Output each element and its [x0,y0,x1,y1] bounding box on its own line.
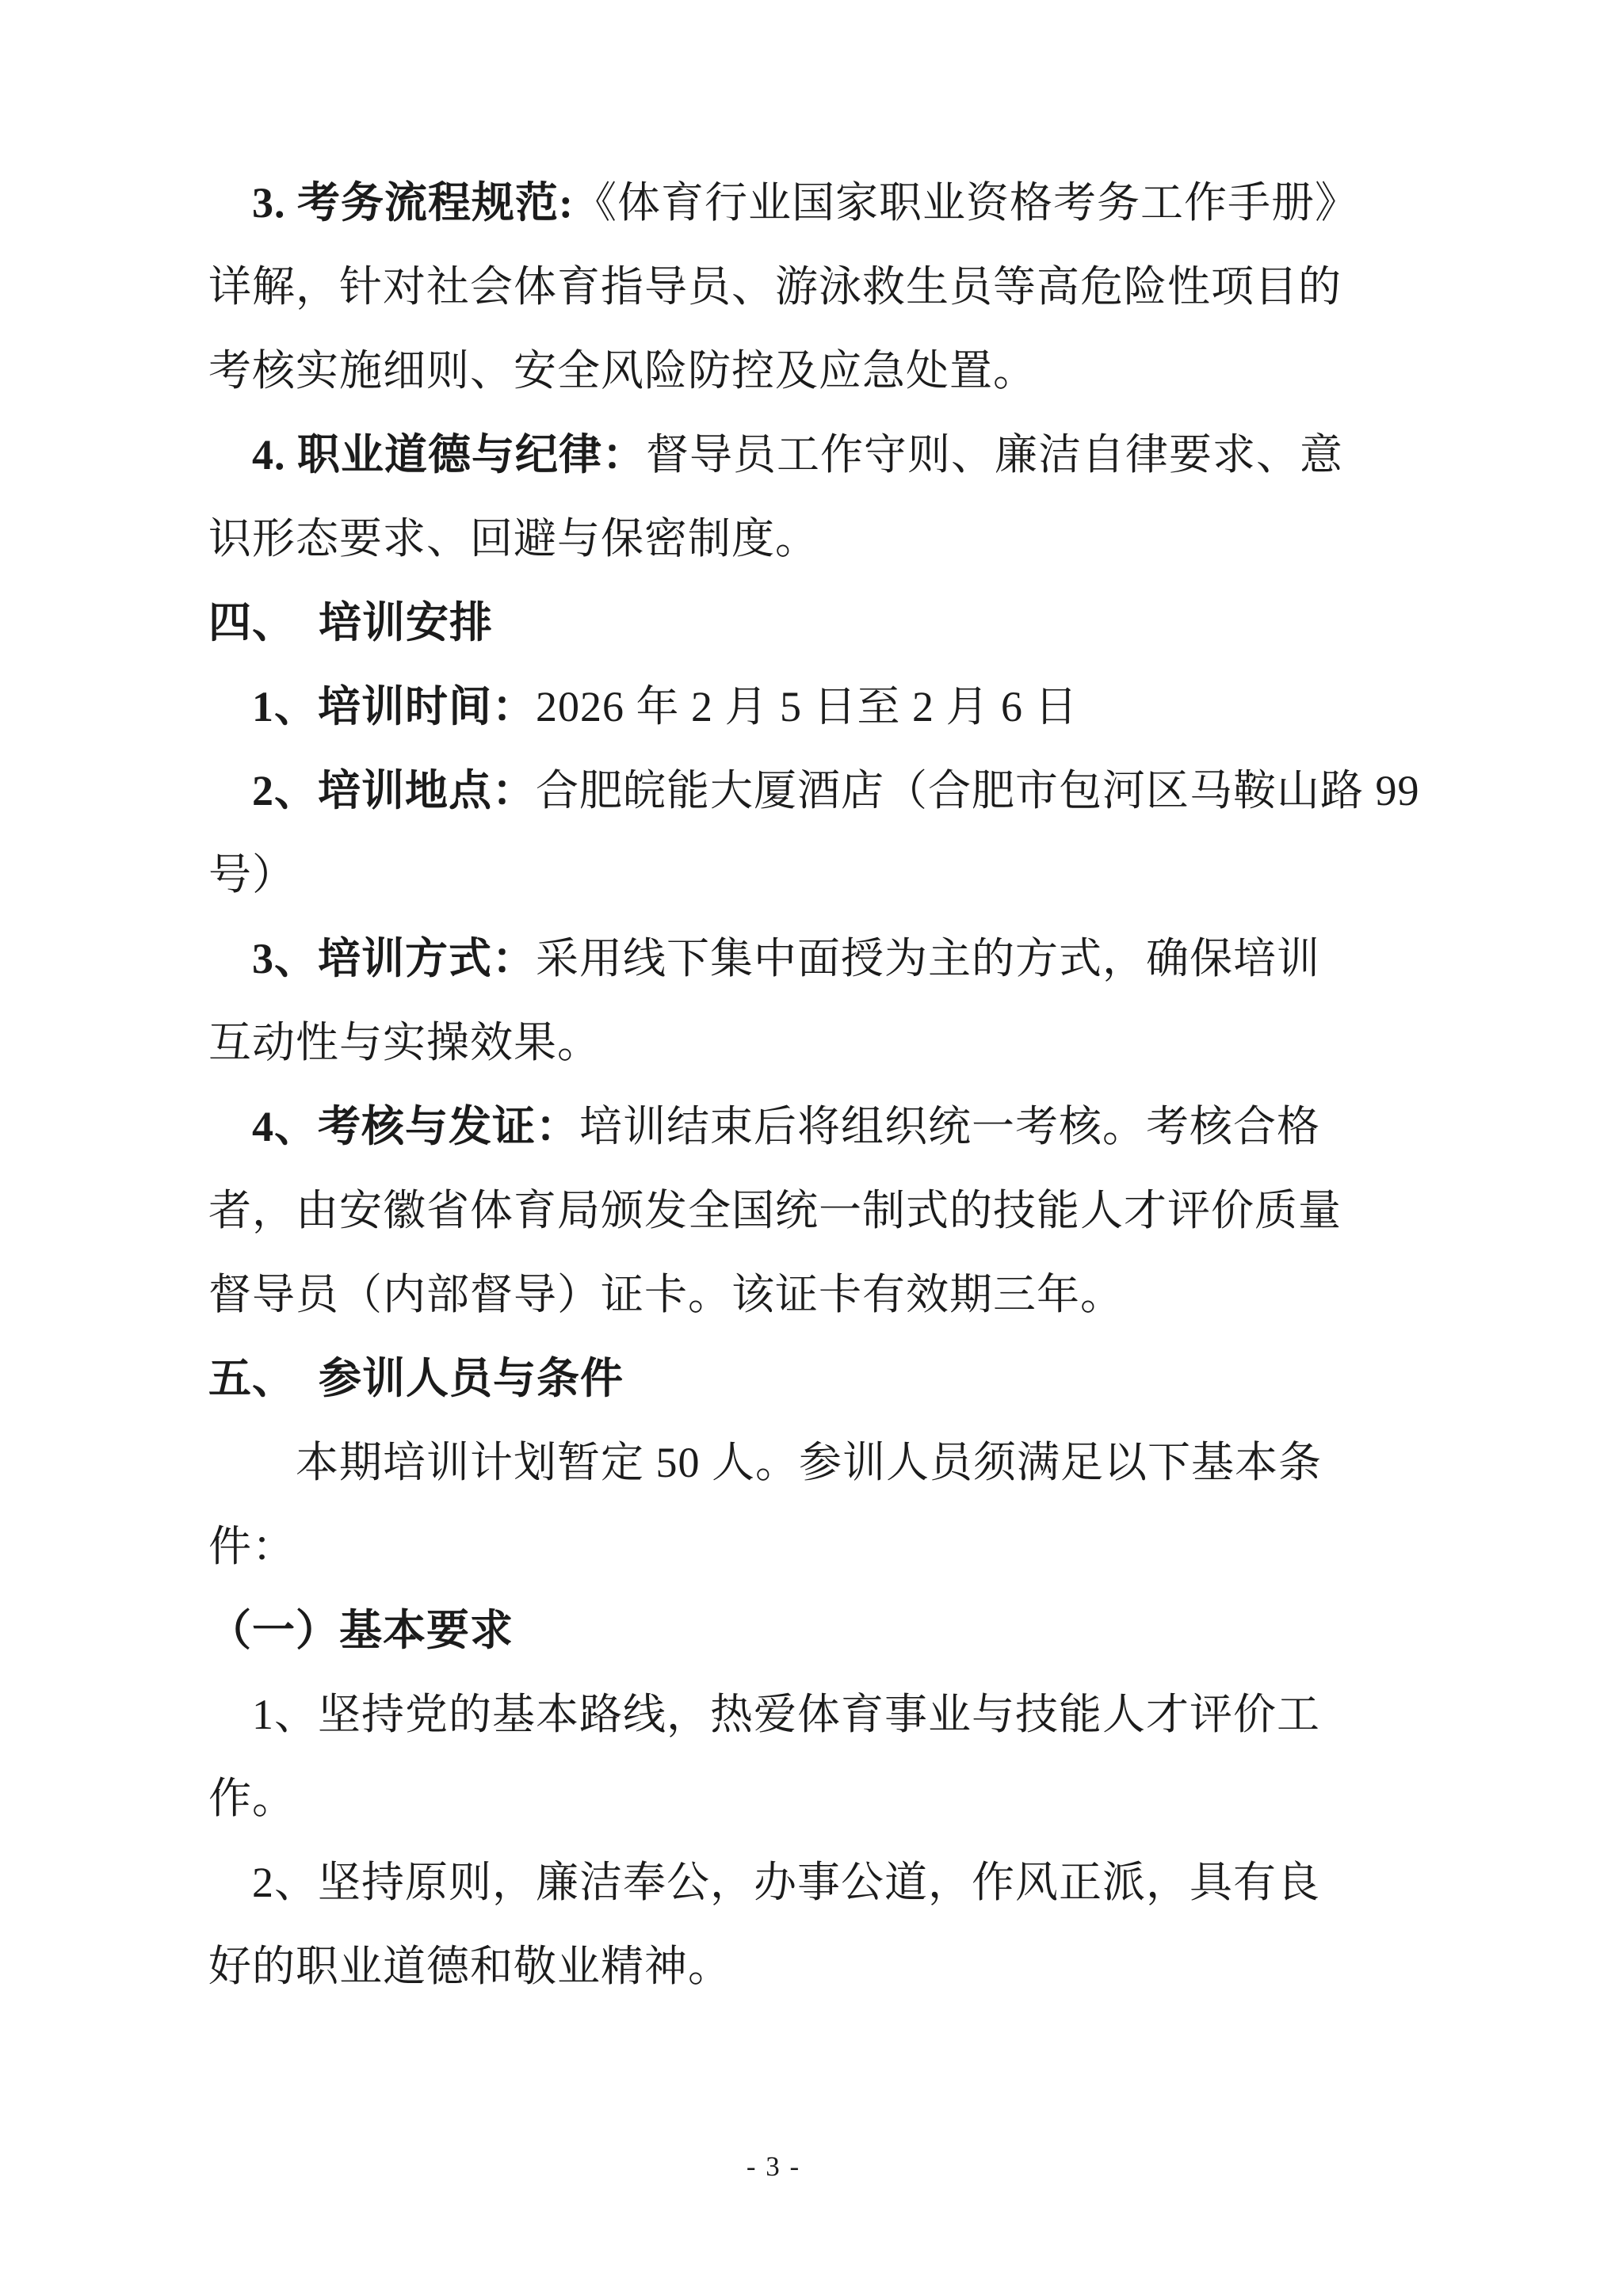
text-segment: 采用线下集中面授为主的方式，确保培训 [536,935,1320,982]
text-line: 件： [208,1505,1397,1589]
text-segment: 件： [208,1523,296,1570]
text-line: 四、 培训安排 [208,581,1397,665]
text-segment-bold: （一）基本要求 [208,1607,514,1654]
text-segment-bold: 4、考核与发证： [252,1103,579,1150]
text-line: 者，由安徽省体育局颁发全国统一制式的技能人才评价质量 [208,1169,1397,1253]
text-line: 3. 考务流程规范:《体育行业国家职业资格考务工作手册》 [208,161,1397,245]
text-segment: 2026 年 2 月 5 日至 2 月 6 日 [536,683,1079,730]
text-line: 详解，针对社会体育指导员、游泳救生员等高危险性项目的 [208,245,1397,329]
text-line: 1、坚持党的基本路线，热爱体育事业与技能人才评价工 [208,1672,1397,1756]
text-segment-bold: 2、培训地点： [252,767,536,814]
text-segment: 督导员（内部督导）证卡。该证卡有效期三年。 [208,1271,1124,1318]
text-line: （一）基本要求 [208,1589,1397,1672]
page-number: - 3 - [0,2149,1547,2185]
text-line: 3、培训方式：采用线下集中面授为主的方式，确保培训 [208,917,1397,1001]
text-line: 2、培训地点：合肥皖能大厦酒店（合肥市包河区马鞍山路 99 [208,749,1397,833]
text-line: 1、培训时间：2026 年 2 月 5 日至 2 月 6 日 [208,665,1397,749]
text-line: 4、考核与发证：培训结束后将组织统一考核。考核合格 [208,1085,1397,1169]
text-segment-bold: 3. 考务流程规范: [252,179,574,227]
text-segment-bold: 五、 参训人员与条件 [208,1355,624,1402]
text-segment: 督导员工作守则、廉洁自律要求、意 [646,431,1343,479]
text-line: 考核实施细则、安全风险防控及应急处置。 [208,329,1397,413]
text-segment: 互动性与实操效果。 [208,1019,601,1066]
text-segment-bold: 4. 职业道德与纪律： [252,431,646,479]
text-line: 4. 职业道德与纪律：督导员工作守则、廉洁自律要求、意 [208,413,1397,497]
text-segment: 者，由安徽省体育局颁发全国统一制式的技能人才评价质量 [208,1187,1342,1234]
text-segment: 合肥皖能大厦酒店（合肥市包河区马鞍山路 99 [536,767,1420,814]
text-line: 督导员（内部督导）证卡。该证卡有效期三年。 [208,1253,1397,1337]
text-segment: 考核实施细则、安全风险防控及应急处置。 [208,347,1037,395]
text-line: 识形态要求、回避与保密制度。 [208,497,1397,581]
text-segment: 作。 [208,1775,296,1822]
document-body: 3. 考务流程规范:《体育行业国家职业资格考务工作手册》详解，针对社会体育指导员… [208,161,1397,2008]
text-line: 五、 参训人员与条件 [208,1337,1397,1421]
text-line: 互动性与实操效果。 [208,1001,1397,1085]
text-line: 好的职业道德和敬业精神。 [208,1924,1397,2008]
text-segment: 《体育行业国家职业资格考务工作手册》 [574,179,1358,227]
text-segment: 2、坚持原则，廉洁奉公，办事公道，作风正派，具有良 [252,1859,1320,1906]
text-line: 本期培训计划暂定 50 人。参训人员须满足以下基本条 [208,1421,1397,1505]
text-segment-bold: 3、培训方式： [252,935,536,982]
text-line: 号） [208,833,1397,917]
text-segment: 好的职业道德和敬业精神。 [208,1943,731,1990]
text-line: 作。 [208,1756,1397,1840]
text-segment-bold: 1、培训时间： [252,683,536,730]
text-segment-bold: 四、 培训安排 [208,599,493,646]
text-segment: 1、坚持党的基本路线，热爱体育事业与技能人才评价工 [252,1691,1320,1738]
text-segment: 识形态要求、回避与保密制度。 [208,515,819,563]
document-page: 3. 考务流程规范:《体育行业国家职业资格考务工作手册》详解，针对社会体育指导员… [0,0,1623,2296]
text-segment: 本期培训计划暂定 50 人。参训人员须满足以下基本条 [296,1439,1322,1486]
text-line: 2、坚持原则，廉洁奉公，办事公道，作风正派，具有良 [208,1840,1397,1924]
text-segment: 号） [208,851,296,898]
text-segment: 培训结束后将组织统一考核。考核合格 [579,1103,1320,1150]
text-segment: 详解，针对社会体育指导员、游泳救生员等高危险性项目的 [208,263,1342,311]
